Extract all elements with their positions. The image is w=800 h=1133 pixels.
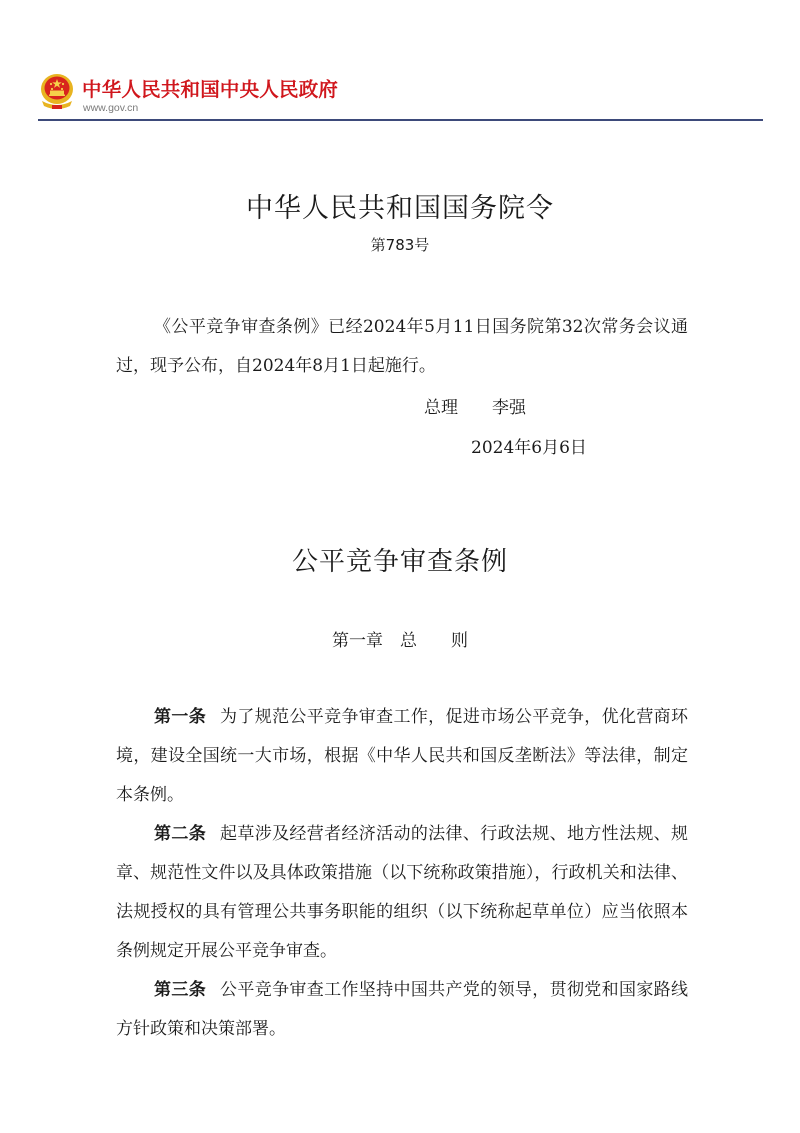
chapter-title: 第一章 总 则	[0, 626, 800, 651]
regulation-title: 公平竞争审查条例	[0, 541, 800, 578]
article-1: 第一条为了规范公平竞争审查工作，促进市场公平竞争，优化营商环境，建设全国统一大市…	[116, 698, 688, 815]
national-emblem-icon[interactable]	[38, 72, 76, 112]
article-label: 第三条	[154, 980, 206, 1000]
decree-title: 中华人民共和国国务院令	[0, 186, 800, 225]
site-name[interactable]: 中华人民共和国中央人民政府	[82, 74, 338, 102]
article-label: 第二条	[154, 824, 206, 844]
header-divider	[38, 119, 763, 121]
signature-line: 总理李强	[424, 393, 526, 418]
article-3: 第三条公平竞争审查工作坚持中国共产党的领导，贯彻党和国家路线方针政策和决策部署。	[116, 971, 688, 1049]
decree-body: 《公平竞争审查条例》已经2024年5月11日国务院第32次常务会议通过，现予公布…	[116, 308, 688, 386]
signer-role: 总理	[424, 398, 458, 418]
signer-name: 李强	[492, 398, 526, 418]
article-text: 起草涉及经营者经济活动的法律、行政法规、地方性法规、规章、规范性文件以及具体政策…	[116, 824, 688, 961]
decree-date: 2024年6月6日	[471, 433, 587, 458]
decree-number: 第783号	[0, 234, 800, 255]
article-2: 第二条起草涉及经营者经济活动的法律、行政法规、地方性法规、规章、规范性文件以及具…	[116, 815, 688, 971]
site-header: 中华人民共和国中央人民政府 www.gov.cn	[0, 0, 800, 125]
article-label: 第一条	[154, 707, 206, 727]
site-url[interactable]: www.gov.cn	[83, 102, 138, 114]
